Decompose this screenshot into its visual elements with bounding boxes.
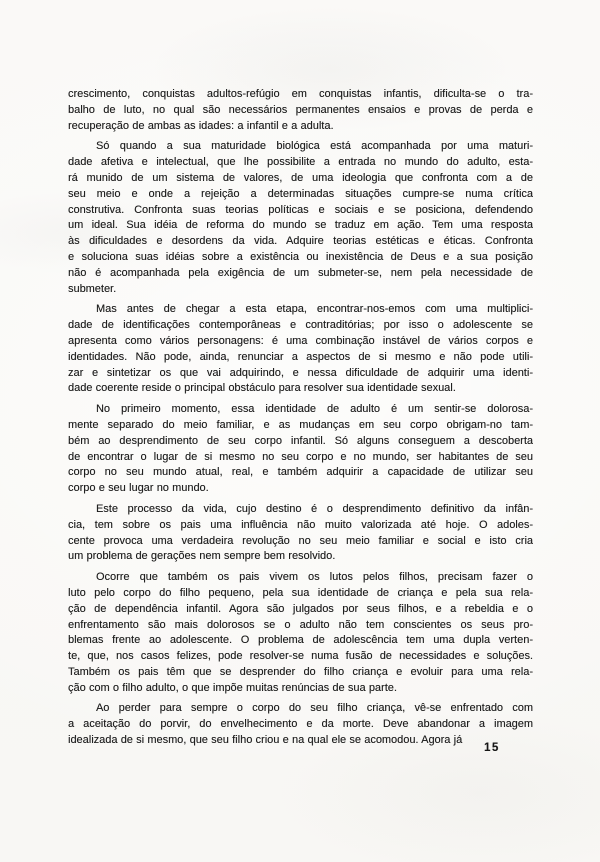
text-line: mente separado do meio familiar, e as mu… — [68, 418, 533, 434]
text-line: corpo e seu lugar no mundo. — [68, 481, 533, 497]
text-line: cente provoca uma verdadeira revolução n… — [68, 534, 533, 550]
text-line: dade de identificações contemporâneas e … — [68, 318, 533, 334]
text-line: dade afetiva e intelectual, que lhe poss… — [68, 155, 533, 171]
text-block: crescimento, conquistas adultos-refúgio … — [68, 87, 533, 749]
text-line: um problema de gerações nem sempre bem r… — [68, 549, 533, 565]
text-line: Só quando a sua maturidade biológica est… — [68, 139, 533, 155]
text-line: a aceitação do porvir, do envelhecimento… — [68, 717, 533, 733]
text-line: corpo no seu mundo atual, real, e também… — [68, 465, 533, 481]
text-line: seu meio e onde a rejeição a determinada… — [68, 187, 533, 203]
text-line: recuperação de ambas as idades: a infant… — [68, 119, 533, 135]
text-line: um ideal. Sua idéia de reforma do mundo … — [68, 218, 533, 234]
page-number: 15 — [484, 742, 524, 754]
text-line: de encontrar o lugar de si mesmo no seu … — [68, 450, 533, 466]
text-line: te, que, nos casos felizes, pode resolve… — [68, 649, 533, 665]
text-line: bém ao desprendimento de seu corpo infan… — [68, 434, 533, 450]
text-line: rá munido de um sistema de valores, de u… — [68, 171, 533, 187]
text-line: No primeiro momento, essa identidade de … — [68, 402, 533, 418]
paragraph: No primeiro momento, essa identidade de … — [68, 402, 533, 497]
text-line: balho de luto, no qual são necessários p… — [68, 103, 533, 119]
text-line: Ao perder para sempre o corpo do seu fil… — [68, 701, 533, 717]
paragraph: Ao perder para sempre o corpo do seu fil… — [68, 701, 533, 748]
text-line: cia, tem sobre os pais uma influência nã… — [68, 518, 533, 534]
text-line: zar e sintetizar os que vai adquirindo, … — [68, 366, 533, 382]
text-line: ção com o filho adulto, o que impõe muit… — [68, 681, 533, 697]
text-line: dade coerente reside o principal obstácu… — [68, 381, 533, 397]
text-line: não é acompanhada pela exigência de um s… — [68, 266, 533, 282]
text-line: Mas antes de chegar a esta etapa, encont… — [68, 302, 533, 318]
text-line: Também os pais têm que se desprender do … — [68, 665, 533, 681]
text-line: ção de dependência infantil. Agora são j… — [68, 602, 533, 618]
paragraph: Este processo da vida, cujo destino é o … — [68, 502, 533, 565]
paragraph: Só quando a sua maturidade biológica est… — [68, 139, 533, 297]
text-line: identidades. Não pode, ainda, renunciar … — [68, 350, 533, 366]
text-line: luto pelo corpo do filho pequeno, pela s… — [68, 586, 533, 602]
paragraph: Ocorre que também os pais vivem os lutos… — [68, 570, 533, 696]
text-line: apresenta como vários personagens: é uma… — [68, 334, 533, 350]
text-line: e soluciona suas idéias sobre a existênc… — [68, 250, 533, 266]
paragraph: crescimento, conquistas adultos-refúgio … — [68, 87, 533, 134]
scanned-book-page: crescimento, conquistas adultos-refúgio … — [0, 0, 600, 862]
text-line: crescimento, conquistas adultos-refúgio … — [68, 87, 533, 103]
text-line: blemas frente ao adolescente. O problema… — [68, 633, 533, 649]
text-line: idealizada de si mesmo, que seu filho cr… — [68, 733, 533, 749]
text-line: submeter. — [68, 282, 533, 298]
paragraph: Mas antes de chegar a esta etapa, encont… — [68, 302, 533, 397]
text-line: Ocorre que também os pais vivem os lutos… — [68, 570, 533, 586]
text-line: enfrentamento são mais dolorosos se o ad… — [68, 618, 533, 634]
text-line: construtiva. Confronta suas teorias polí… — [68, 203, 533, 219]
text-line: Este processo da vida, cujo destino é o … — [68, 502, 533, 518]
text-line: às dificuldades e desordens da vida. Adq… — [68, 234, 533, 250]
